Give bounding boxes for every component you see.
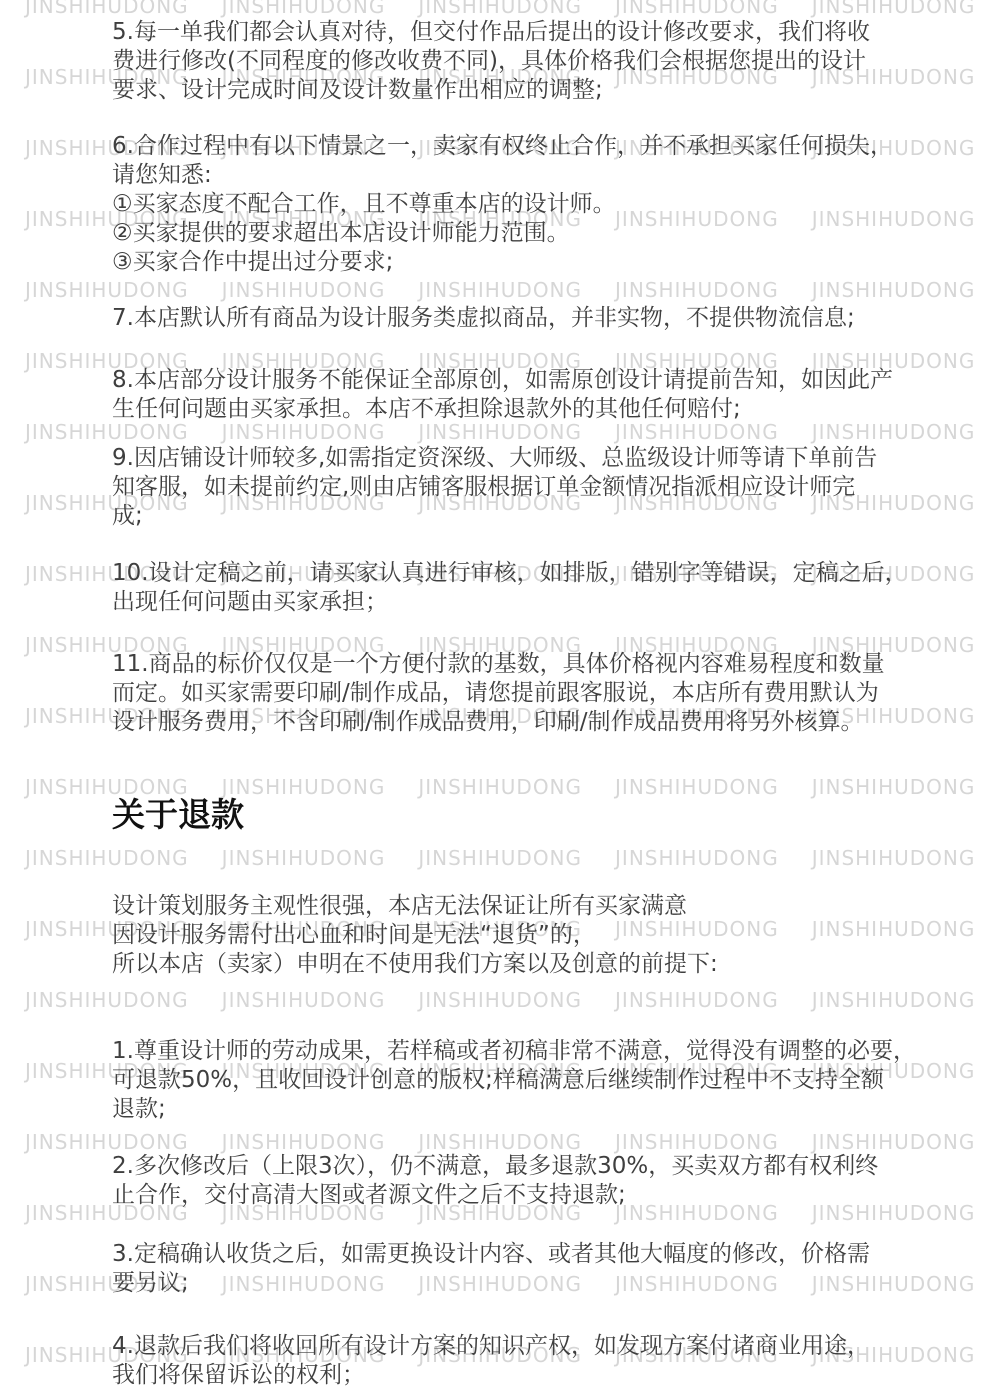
term-item-7: 7.本店默认所有商品为设计服务类虚拟商品，并非实物，不提供物流信息; — [112, 304, 932, 333]
refund-item-1: 1.尊重设计师的劳动成果，若样稿或者初稿非常不满意，觉得没有调整的必要， 可退款… — [112, 1037, 932, 1124]
refund-intro: 设计策划服务主观性很强，本店无法保证让所有买家满意 因设计服务需付出心血和时间是… — [112, 892, 932, 979]
document-content: 5.每一单我们都会认真对待，但交付作品后提出的设计修改要求，我们将收 费进行修改… — [0, 0, 990, 1400]
policy-document-page: JINSHIHUDONGJINSHIHUDONGJINSHIHUDONGJINS… — [0, 0, 990, 1400]
term-item-6: 6.合作过程中有以下情景之一，卖家有权终止合作，并不承担买家任何损失， 请您知悉… — [112, 132, 932, 277]
term-item-10: 10.设计定稿之前，请买家认真进行审核，如排版，错别字等错误，定稿之后， 出现任… — [112, 559, 932, 617]
term-item-8: 8.本店部分设计服务不能保证全部原创，如需原创设计请提前告知，如因此产 生任何问… — [112, 366, 932, 424]
term-item-11: 11.商品的标价仅仅是一个方便付款的基数，具体价格视内容难易程度和数量 而定。如… — [112, 650, 932, 737]
refund-item-3: 3.定稿确认收货之后，如需更换设计内容、或者其他大幅度的修改，价格需 要另议; — [112, 1240, 932, 1298]
refund-section-heading: 关于退款 — [112, 796, 244, 834]
term-item-5: 5.每一单我们都会认真对待，但交付作品后提出的设计修改要求，我们将收 费进行修改… — [112, 18, 932, 105]
refund-item-4: 4.退款后我们将收回所有设计方案的知识产权，如发现方案付诸商业用途， 我们将保留… — [112, 1332, 932, 1390]
term-item-9: 9.因店铺设计师较多,如需指定资深级、大师级、总监级设计师等请下单前告 知客服，… — [112, 444, 932, 531]
refund-item-2: 2.多次修改后（上限3次），仍不满意，最多退款30%，买卖双方都有权利终 止合作… — [112, 1152, 932, 1210]
